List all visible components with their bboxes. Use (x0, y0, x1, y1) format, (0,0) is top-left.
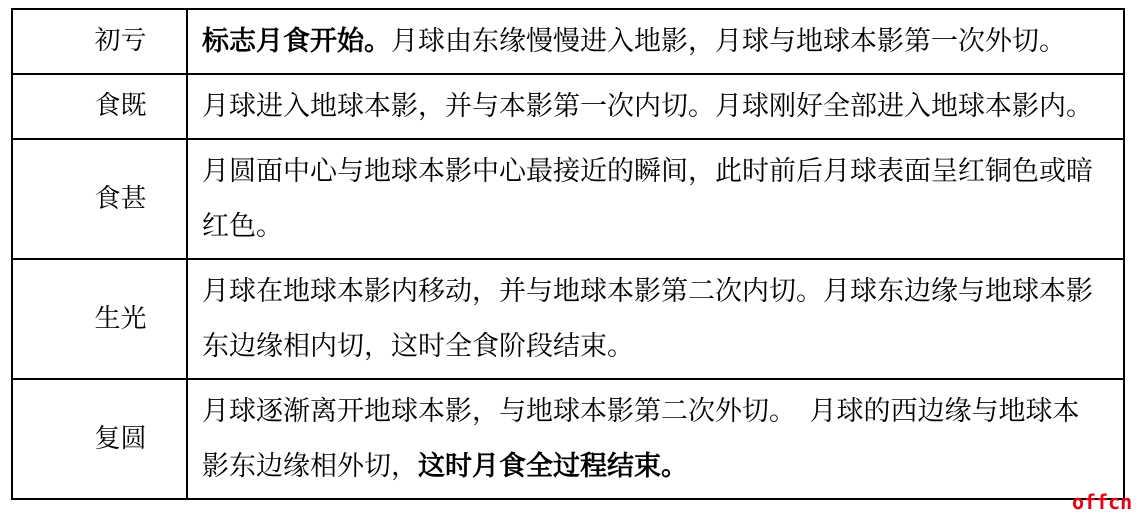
offcn-watermark: offcn (1072, 492, 1132, 512)
table-row: 食甚月圆面中心与地球本影中心最接近的瞬间，此时前后月球表面呈红铜色或暗红色。 (12, 139, 1124, 259)
eclipse-phases-table: 初亏标志月食开始。月球由东缘慢慢进入地影，月球与地球本影第一次外切。食既月球进入… (11, 8, 1125, 500)
description-text: 月圆面中心与地球本影中心最接近的瞬间，此时前后月球表面呈红铜色或暗红色。 (202, 156, 1093, 242)
description-text: 月球由东缘慢慢进入地影，月球与地球本影第一次外切。 (391, 26, 1066, 57)
phase-description-cell: 月球在地球本影内移动，并与地球本影第二次内切。月球东边缘与地球本影东边缘相内切，… (187, 259, 1124, 379)
description-text: 月球在地球本影内移动，并与地球本影第二次内切。月球东边缘与地球本影东边缘相内切，… (202, 276, 1093, 362)
phase-label-cell: 复圆 (12, 379, 187, 499)
phase-description-cell: 月球逐渐离开地球本影，与地球本影第二次外切。 月球的西边缘与地球本影东边缘相外切… (187, 379, 1124, 499)
phase-label-cell: 初亏 (12, 9, 187, 74)
phase-label-cell: 生光 (12, 259, 187, 379)
table-row: 食既月球进入地球本影，并与本影第一次内切。月球刚好全部进入地球本影内。 (12, 74, 1124, 139)
phase-label-cell: 食甚 (12, 139, 187, 259)
phase-description-cell: 月球进入地球本影，并与本影第一次内切。月球刚好全部进入地球本影内。 (187, 74, 1124, 139)
table-row: 复圆月球逐渐离开地球本影，与地球本影第二次外切。 月球的西边缘与地球本影东边缘相… (12, 379, 1124, 499)
table-row: 生光月球在地球本影内移动，并与地球本影第二次内切。月球东边缘与地球本影东边缘相内… (12, 259, 1124, 379)
phase-description-cell: 标志月食开始。月球由东缘慢慢进入地影，月球与地球本影第一次外切。 (187, 9, 1124, 74)
description-text: 月球进入地球本影，并与本影第一次内切。月球刚好全部进入地球本影内。 (202, 91, 1093, 122)
phase-description-cell: 月圆面中心与地球本影中心最接近的瞬间，此时前后月球表面呈红铜色或暗红色。 (187, 139, 1124, 259)
table-body: 初亏标志月食开始。月球由东缘慢慢进入地影，月球与地球本影第一次外切。食既月球进入… (12, 9, 1124, 499)
description-text-bold: 标志月食开始。 (202, 26, 391, 57)
table-row: 初亏标志月食开始。月球由东缘慢慢进入地影，月球与地球本影第一次外切。 (12, 9, 1124, 74)
document-page: 初亏标志月食开始。月球由东缘慢慢进入地影，月球与地球本影第一次外切。食既月球进入… (0, 0, 1139, 522)
description-text-bold: 这时月食全过程结束。 (418, 451, 688, 482)
phase-label-cell: 食既 (12, 74, 187, 139)
